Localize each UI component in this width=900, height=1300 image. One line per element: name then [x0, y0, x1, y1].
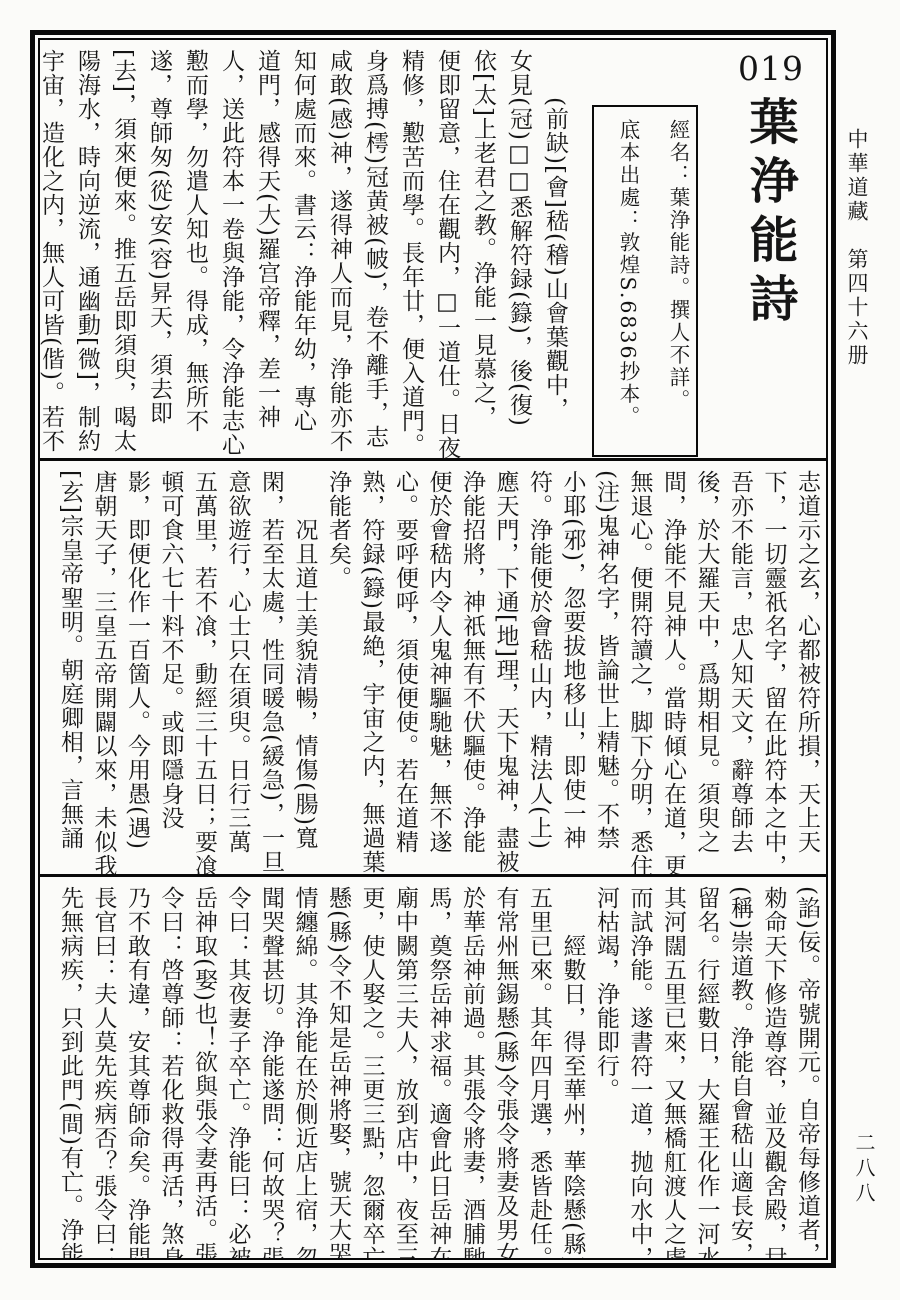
- text-column: 河枯竭，浄能即行。: [584, 886, 618, 1254]
- info-box-line-2: 底本出處：敦煌S.6836抄本。: [602, 119, 638, 443]
- text-column: 心。要呼便呼，須使便使。若在道精: [383, 470, 417, 870]
- document-number: 019: [738, 49, 804, 88]
- text-column: 馬，奠祭岳神求福。適會此日岳神在: [416, 886, 450, 1254]
- text-column: 知何處而來。書云：浄能年幼，專心: [278, 49, 314, 454]
- text-column: 浄能者矣。: [316, 470, 350, 870]
- text-column: 熟，符録(籙)最絶，宇宙之内，無過葉: [349, 470, 383, 870]
- text-column: 依[太]上老君之教。浄能一見慕之，: [458, 49, 494, 454]
- text-column: 其河闊五里已來，又無橋舡渡人之處，: [651, 886, 685, 1254]
- text-column: 有常州無錫懸(縣)令張令將妻及男女: [483, 886, 517, 1254]
- text-column: 道門，感得天(大)羅宫帝釋，差一神: [242, 49, 278, 454]
- text-column: 便於會嵇内令人鬼神驅馳魅，無不遂: [416, 470, 450, 870]
- volume-label: 中華道藏 第四十六册: [842, 128, 872, 368]
- text-column: 懃而學，勿遣人知也。得成，無所不: [170, 49, 206, 454]
- text-column: 應天門，下通[地]理，天下鬼神，盡被: [483, 470, 517, 870]
- text-column: (諂)佞。帝號開元。自帝每修道者，: [785, 886, 819, 1254]
- text-column: 更，使人娶之。三更三點，忽爾卒亡。: [349, 886, 383, 1254]
- text-column: 影，即便化作一百箇人。今用愚(遇): [115, 470, 149, 870]
- text-column: 小耶(邪)，忽要拔地移山，即使一神: [550, 470, 584, 870]
- text-column: 懸(縣)令不知是岳神將娶，號天大哭，: [316, 886, 350, 1254]
- page-border-frame: 019 葉浄能詩 經名：葉浄能詩。撰人不詳。 底本出處：敦煌S.6836抄本。 …: [30, 30, 836, 1268]
- text-column: (稱)崇道教。浄能自會嵇山適長安，: [718, 886, 752, 1254]
- text-column: 吾亦不能言，忠人知天文，辭尊師去: [718, 470, 752, 870]
- text-column: 聞哭聲甚切。浄能遂問：何故哭？張: [249, 886, 283, 1254]
- text-column: 意欲遊行，心士只在須臾。日行三萬: [215, 470, 249, 870]
- text-column: 精修，懃苦而學。長年廿，便入道門。: [386, 49, 422, 454]
- text-column: 先無病疾，只到此門(間)有亡。浄能: [48, 886, 82, 1254]
- section-middle: 志道示之玄，心都被符所損，天上天下，一切靈祇名字，留在此符本之中，吾亦不能言，忠…: [40, 461, 826, 874]
- text-column: 後，於大羅天中，爲期相見。須臾之: [684, 470, 718, 870]
- text-column: 而試浄能。遂書符一道，抛向水中，其: [617, 886, 651, 1254]
- text-column: 志道示之玄，心都被符所損，天上天: [785, 470, 819, 870]
- text-column: 無退心。便開符讀之，脚下分明，悉住: [617, 470, 651, 870]
- text-column: 唐朝天子，三皇五帝開闢以來，未似我: [81, 470, 115, 870]
- text-column: 廟中闕第三夫人，放到店中，夜至三: [383, 886, 417, 1254]
- text-column: (前缺)[會]嵇(稽)山會葉觀中，: [530, 49, 566, 454]
- text-column: 宇宙，造化之内，無人可皆(偕)。若不: [40, 49, 62, 454]
- text-column: 人，送此符本一卷與浄能，令浄能志心: [206, 49, 242, 454]
- text-column: [玄]宗皇帝聖明。朝庭卿相，言無誦: [48, 470, 82, 870]
- text-column: 令曰：啓尊師：若化救得再活，煞身: [148, 886, 182, 1254]
- page-inner-frame: 019 葉浄能詩 經名：葉浄能詩。撰人不詳。 底本出處：敦煌S.6836抄本。 …: [38, 38, 828, 1260]
- text-column: 五里已來。其年四月選，悉皆赴任。: [517, 886, 551, 1254]
- text-column: 陽海水，時向逆流，通幽動[微]，制約: [62, 49, 98, 454]
- text-column: 遂，尊師匆(從)安(容)昇天，須去即: [134, 49, 170, 454]
- text-column: 岳神取(娶)也！欲與張令妻再活。張: [182, 886, 216, 1254]
- text-column: 頓可食六七十料不足。或即隱身没: [148, 470, 182, 870]
- text-column: (注)鬼神名字，皆論世上精魅。不禁: [584, 470, 618, 870]
- text-column: 符。浄能便於會嵇山内，精法人(上): [517, 470, 551, 870]
- section-top: 019 葉浄能詩 經名：葉浄能詩。撰人不詳。 底本出處：敦煌S.6836抄本。 …: [40, 40, 826, 458]
- info-box-line-1: 經名：葉浄能詩。撰人不詳。: [652, 119, 688, 443]
- text-column: 乃不敢有違，安其尊師命矣。浄能問: [115, 886, 149, 1254]
- text-column: 間，浄能不見神人。當時傾心在道，更: [651, 470, 685, 870]
- scanned-book-page: 中華道藏 第四十六册 二八八 019 葉浄能詩 經名：葉浄能詩。撰人不詳。 底本…: [0, 0, 900, 1300]
- text-column: 閑，若至太處，性同暖急(緩急)，一旦: [249, 470, 283, 870]
- text-column: 下，一切靈祇名字，留在此符本之中，: [751, 470, 785, 870]
- text-column: 浄能招將，神祇無有不伏驅使。浄能: [450, 470, 484, 870]
- text-column: 令曰：其夜妻子卒亡。浄能曰：必被: [215, 886, 249, 1254]
- text-column: 長官曰：夫人莫先疾病否？張令曰：: [81, 886, 115, 1254]
- text-column: [去]，須來便來。推五岳即須臾，喝太: [98, 49, 134, 454]
- page-number: 二八八: [850, 1132, 879, 1207]
- section-bottom: (諂)佞。帝號開元。自帝每修道者，勑命天下修造尊容，並及觀舍殿，冄(稱)崇道教。…: [40, 877, 826, 1258]
- text-column: 况且道士美貌清暢，情傷(腸)寬: [282, 470, 316, 870]
- text-column: 咸敢(感)神，遂得神人而見，浄能亦不: [314, 49, 350, 454]
- text-column: 女見(冠)□□悉解符録(籙)，後(復): [494, 49, 530, 454]
- text-column: 留名。行經數日，大羅王化作一河水，: [684, 886, 718, 1254]
- text-column: 身爲搏(樗)冠黄被(帔)，卷不離手，志: [350, 49, 386, 454]
- text-column: 便即留意，住在觀内，□一道仕。日夜: [422, 49, 458, 454]
- text-column: 五萬里，若不飡，動經三十五日；要飡: [182, 470, 216, 870]
- title-block: 019 葉浄能詩: [724, 49, 818, 332]
- document-title: 葉浄能詩: [736, 96, 806, 332]
- text-column: 於華岳神前過。其張令將妻，酒脯馳: [450, 886, 484, 1254]
- text-column: 勑命天下修造尊容，並及觀舍殿，冄: [751, 886, 785, 1254]
- text-column: 情纏綿。其浄能在於側近店上宿，忽: [282, 886, 316, 1254]
- text-column: 經數日，得至華州，華陰懸(縣)東: [550, 886, 584, 1254]
- bibliographic-info-box: 經名：葉浄能詩。撰人不詳。 底本出處：敦煌S.6836抄本。: [592, 105, 698, 457]
